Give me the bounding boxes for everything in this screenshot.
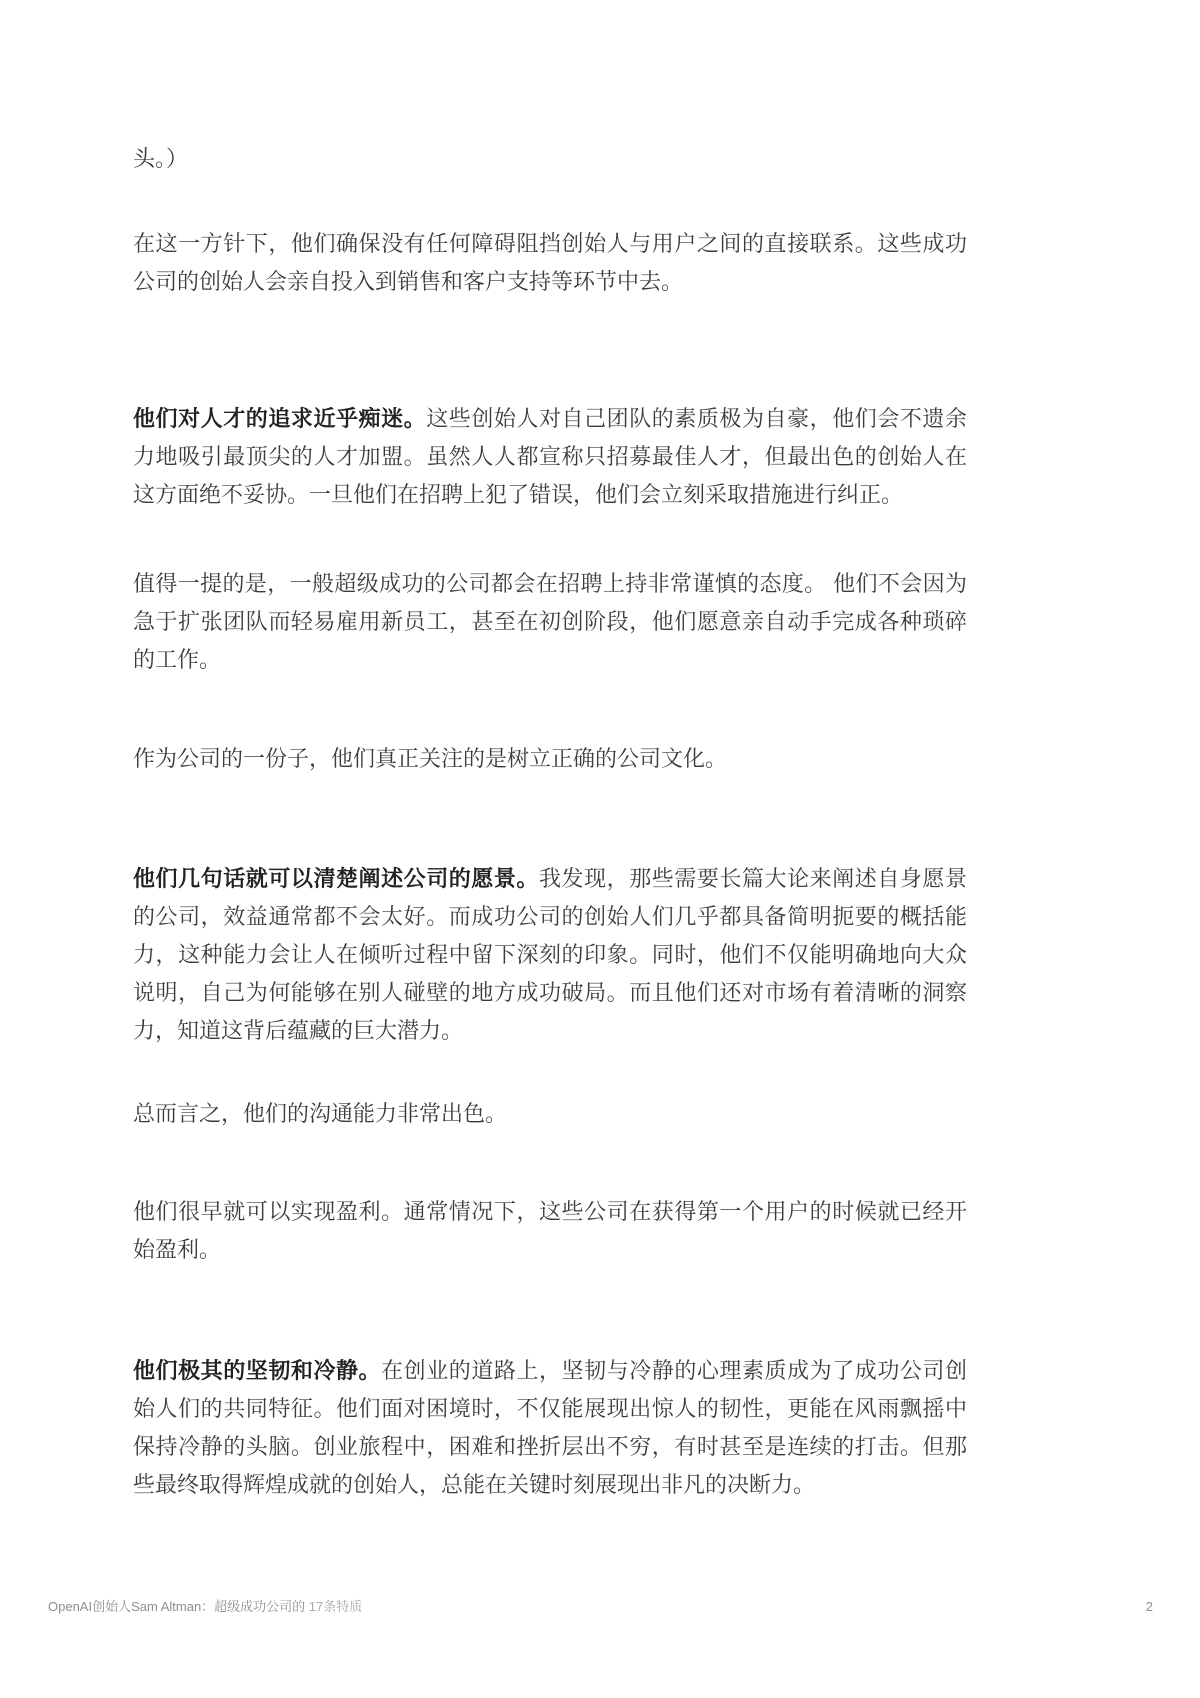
paragraph-text: 我发现，那些需要长篇大论来阐述自身愿景的公司，效益通常都不会太好。而成功公司的创… [133, 866, 967, 1043]
paragraph: 值得一提的是，一般超级成功的公司都会在招聘上持非常谨慎的态度。 他们不会因为急于… [133, 565, 967, 679]
paragraph: 在这一方针下，他们确保没有任何障碍阻挡创始人与用户之间的直接联系。这些成功公司的… [133, 225, 967, 301]
paragraph: 他们几句话就可以清楚阐述公司的愿景。我发现，那些需要长篇大论来阐述自身愿景的公司… [133, 860, 967, 1050]
paragraph: 他们对人才的追求近乎痴迷。这些创始人对自己团队的素质极为自豪，他们会不遗余力地吸… [133, 400, 967, 514]
footer-document-title: OpenAI创始人Sam Altman：超级成功公司的 17条特质 [48, 1598, 362, 1616]
paragraph-lead: 他们几句话就可以清楚阐述公司的愿景。 [133, 866, 539, 891]
paragraph-text: 总而言之，他们的沟通能力非常出色。 [133, 1101, 507, 1126]
document-page: 头。） 在这一方针下，他们确保没有任何障碍阻挡创始人与用户之间的直接联系。这些成… [0, 0, 1200, 1698]
paragraph: 总而言之，他们的沟通能力非常出色。 [133, 1095, 967, 1133]
paragraph: 他们极其的坚韧和冷静。在创业的道路上，坚韧与冷静的心理素质成为了成功公司创始人们… [133, 1352, 967, 1504]
paragraph: 作为公司的一份子，他们真正关注的是树立正确的公司文化。 [133, 740, 967, 778]
paragraph-lead: 他们对人才的追求近乎痴迷。 [133, 406, 426, 431]
paragraph-lead: 他们极其的坚韧和冷静。 [133, 1358, 381, 1383]
paragraph: 他们很早就可以实现盈利。通常情况下，这些公司在获得第一个用户的时候就已经开始盈利… [133, 1193, 967, 1269]
page-number: 2 [1146, 1598, 1153, 1616]
footer-title-secondary: 17条特质 [309, 1599, 362, 1614]
paragraph-text: 头。） [133, 146, 188, 171]
paragraph: 头。） [133, 140, 967, 178]
paragraph-text: 在这一方针下，他们确保没有任何障碍阻挡创始人与用户之间的直接联系。这些成功公司的… [133, 231, 967, 294]
footer-title-primary: OpenAI创始人Sam Altman：超级成功公司的 [48, 1599, 309, 1614]
document-content: 头。） 在这一方针下，他们确保没有任何障碍阻挡创始人与用户之间的直接联系。这些成… [133, 140, 967, 1504]
paragraph-text: 值得一提的是，一般超级成功的公司都会在招聘上持非常谨慎的态度。 他们不会因为急于… [133, 571, 967, 672]
paragraph-text: 他们很早就可以实现盈利。通常情况下，这些公司在获得第一个用户的时候就已经开始盈利… [133, 1199, 967, 1262]
paragraph-text: 作为公司的一份子，他们真正关注的是树立正确的公司文化。 [133, 746, 727, 771]
page-footer: OpenAI创始人Sam Altman：超级成功公司的 17条特质 2 [48, 1598, 1153, 1616]
